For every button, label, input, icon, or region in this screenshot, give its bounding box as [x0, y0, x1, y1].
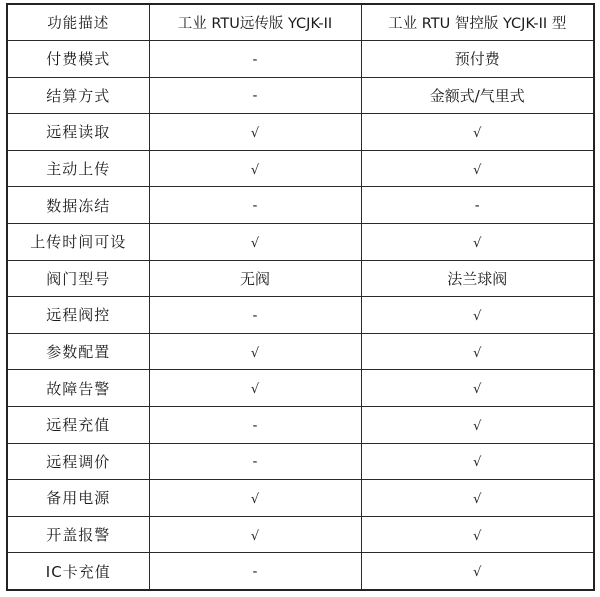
header-smart-version: 工业 RTU 智控版 YCJK-II 型 [361, 4, 594, 41]
check-icon: √ [473, 236, 481, 251]
table-row: 远程读取√√ [7, 114, 594, 151]
smart-value-text: 法兰球阀 [447, 270, 507, 288]
table-row: IC卡充值-√ [7, 553, 594, 590]
feature-name-cell: 开盖报警 [7, 516, 149, 553]
smart-value-cell: 法兰球阀 [361, 260, 594, 297]
check-icon: √ [473, 529, 481, 544]
table-row: 故障告警√√ [7, 370, 594, 407]
dash-icon: - [251, 52, 259, 68]
table-row: 远程阀控-√ [7, 297, 594, 334]
remote-support-cell: - [149, 77, 361, 114]
check-icon: √ [473, 163, 481, 178]
smart-support-cell: √ [361, 114, 594, 151]
feature-name-cell: 主动上传 [7, 150, 149, 187]
dash-icon: - [251, 564, 259, 580]
table-row: 备用电源√√ [7, 480, 594, 517]
check-icon: √ [251, 346, 259, 361]
header-remote-version: 工业 RTU远传版 YCJK-II [149, 4, 361, 41]
feature-name-cell: 阀门型号 [7, 260, 149, 297]
smart-support-cell: √ [361, 553, 594, 590]
table-header-row: 功能描述 工业 RTU远传版 YCJK-II 工业 RTU 智控版 YCJK-I… [7, 4, 594, 41]
feature-name-cell: 付费模式 [7, 41, 149, 78]
dash-icon: - [251, 418, 259, 434]
feature-name-cell: 参数配置 [7, 333, 149, 370]
dash-icon: - [473, 198, 481, 214]
remote-value-text: 无阀 [240, 270, 270, 288]
feature-name-cell: 远程调价 [7, 443, 149, 480]
table-row: 远程充值-√ [7, 406, 594, 443]
feature-name-cell: 备用电源 [7, 480, 149, 517]
smart-support-cell: √ [361, 333, 594, 370]
check-icon: √ [473, 126, 481, 141]
check-icon: √ [473, 346, 481, 361]
check-icon: √ [251, 492, 259, 507]
feature-name-cell: 远程阀控 [7, 297, 149, 334]
check-icon: √ [251, 529, 259, 544]
remote-support-cell: √ [149, 223, 361, 260]
table-row: 结算方式-金额式/气里式 [7, 77, 594, 114]
remote-support-cell: √ [149, 370, 361, 407]
smart-value-cell: 金额式/气里式 [361, 77, 594, 114]
table-row: 远程调价-√ [7, 443, 594, 480]
check-icon: √ [473, 455, 481, 470]
check-icon: √ [473, 309, 481, 324]
check-icon: √ [251, 163, 259, 178]
table-row: 开盖报警√√ [7, 516, 594, 553]
feature-name-cell: 远程充值 [7, 406, 149, 443]
table-row: 上传时间可设√√ [7, 223, 594, 260]
check-icon: √ [473, 382, 481, 397]
check-icon: √ [473, 492, 481, 507]
table-row: 参数配置√√ [7, 333, 594, 370]
feature-name-cell: 数据冻结 [7, 187, 149, 224]
remote-support-cell: - [149, 187, 361, 224]
smart-support-cell: √ [361, 480, 594, 517]
check-icon: √ [251, 236, 259, 251]
smart-value-text: 金额式/气里式 [430, 87, 525, 105]
smart-support-cell: √ [361, 297, 594, 334]
remote-support-cell: - [149, 553, 361, 590]
remote-support-cell: - [149, 443, 361, 480]
smart-support-cell: √ [361, 516, 594, 553]
check-icon: √ [473, 419, 481, 434]
table-row: 数据冻结-- [7, 187, 594, 224]
remote-support-cell: - [149, 406, 361, 443]
feature-name-cell: 故障告警 [7, 370, 149, 407]
feature-name-cell: 上传时间可设 [7, 223, 149, 260]
smart-value-cell: 预付费 [361, 41, 594, 78]
header-feature-description: 功能描述 [7, 4, 149, 41]
remote-support-cell: - [149, 41, 361, 78]
remote-support-cell: √ [149, 480, 361, 517]
check-icon: √ [251, 126, 259, 141]
smart-value-text: 预付费 [455, 50, 500, 68]
check-icon: √ [473, 565, 481, 580]
remote-support-cell: √ [149, 114, 361, 151]
table-row: 付费模式-预付费 [7, 41, 594, 78]
dash-icon: - [251, 88, 259, 104]
feature-name-cell: 结算方式 [7, 77, 149, 114]
check-icon: √ [251, 382, 259, 397]
feature-name-cell: 远程读取 [7, 114, 149, 151]
dash-icon: - [251, 454, 259, 470]
remote-support-cell: - [149, 297, 361, 334]
smart-support-cell: √ [361, 370, 594, 407]
smart-support-cell: √ [361, 150, 594, 187]
remote-support-cell: √ [149, 516, 361, 553]
table-row: 阀门型号无阀法兰球阀 [7, 260, 594, 297]
remote-support-cell: √ [149, 333, 361, 370]
dash-icon: - [251, 308, 259, 324]
smart-support-cell: - [361, 187, 594, 224]
dash-icon: - [251, 198, 259, 214]
table-row: 主动上传√√ [7, 150, 594, 187]
smart-support-cell: √ [361, 443, 594, 480]
remote-support-cell: √ [149, 150, 361, 187]
feature-name-cell: IC卡充值 [7, 553, 149, 590]
smart-support-cell: √ [361, 223, 594, 260]
feature-comparison-table: 功能描述 工业 RTU远传版 YCJK-II 工业 RTU 智控版 YCJK-I… [6, 3, 595, 591]
smart-support-cell: √ [361, 406, 594, 443]
remote-value-cell: 无阀 [149, 260, 361, 297]
